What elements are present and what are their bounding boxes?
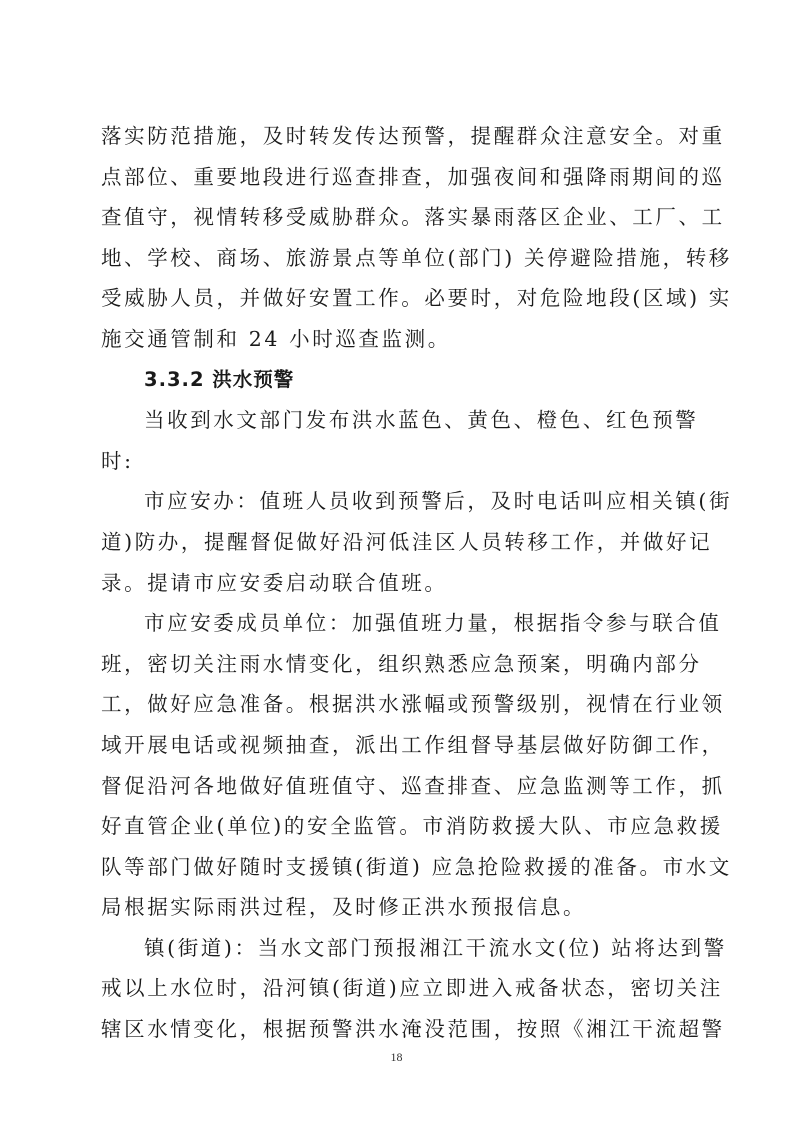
text-line: 受威胁人员，并做好安置工作。必要时，对危险地段(区域) 实 <box>101 278 697 319</box>
text-line: 地、学校、商场、旅游景点等单位(部门) 关停避险措施，转移 <box>101 238 697 279</box>
text-line: 施交通管制和 24 小时巡查监测。 <box>101 319 697 360</box>
text-line: 落实防范措施，及时转发传达预警，提醒群众注意安全。对重 <box>101 116 697 157</box>
text-line: 局根据实际雨洪过程，及时修正洪水预报信息。 <box>101 887 697 928</box>
text-line: 市应安委成员单位：加强值班力量，根据指令参与联合值 <box>101 603 697 644</box>
text-line: 队等部门做好随时支援镇(街道) 应急抢险救援的准备。市水文 <box>101 847 697 888</box>
text-line: 好直管企业(单位)的安全监管。市消防救援大队、市应急救援 <box>101 806 697 847</box>
text-line: 班，密切关注雨水情变化，组织熟悉应急预案，明确内部分 <box>101 644 697 685</box>
document-page: 落实防范措施，及时转发传达预警，提醒群众注意安全。对重 点部位、重要地段进行巡查… <box>0 0 793 1121</box>
section-heading: 3.3.2 洪水预警 <box>101 360 697 401</box>
text-line: 查值守，视情转移受威胁群众。落实暴雨落区企业、工厂、工 <box>101 197 697 238</box>
text-line: 域开展电话或视频抽查，派出工作组督导基层做好防御工作， <box>101 725 697 766</box>
text-line: 督促沿河各地做好值班值守、巡查排查、应急监测等工作，抓 <box>101 766 697 807</box>
text-line: 时: <box>101 441 697 482</box>
text-line: 道)防办，提醒督促做好沿河低洼区人员转移工作，并做好记 <box>101 522 697 563</box>
text-line: 录。提请市应安委启动联合值班。 <box>101 563 697 604</box>
text-line: 当收到水文部门发布洪水蓝色、黄色、橙色、红色预警 <box>101 400 697 441</box>
page-number: 18 <box>0 1050 793 1065</box>
text-line: 点部位、重要地段进行巡查排查，加强夜间和强降雨期间的巡 <box>101 157 697 198</box>
text-line: 辖区水情变化，根据预警洪水淹没范围，按照《湘江干流超警 <box>101 1009 697 1050</box>
text-line: 戒以上水位时，沿河镇(街道)应立即进入戒备状态，密切关注 <box>101 968 697 1009</box>
page-body: 落实防范措施，及时转发传达预警，提醒群众注意安全。对重 点部位、重要地段进行巡查… <box>101 116 697 1050</box>
text-line: 市应安办：值班人员收到预警后，及时电话叫应相关镇(街 <box>101 481 697 522</box>
text-line: 镇(街道)：当水文部门预报湘江干流水文(位) 站将达到警 <box>101 928 697 969</box>
text-line: 工，做好应急准备。根据洪水涨幅或预警级别，视情在行业领 <box>101 684 697 725</box>
